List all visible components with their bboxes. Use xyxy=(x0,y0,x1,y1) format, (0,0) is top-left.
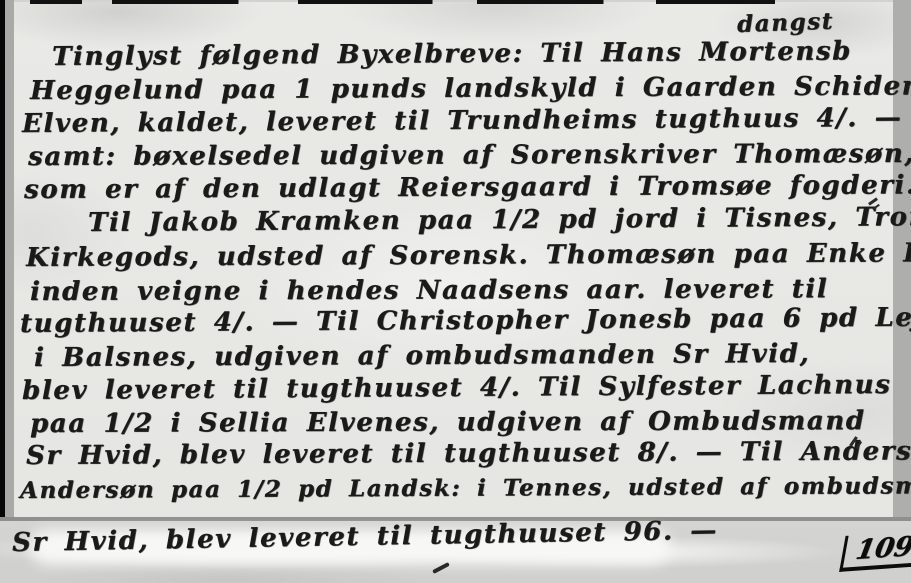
handwriting-line: Sr Hvid, blev leveret til tugthuuset 8/.… xyxy=(26,436,911,471)
handwriting-line: paa 1/2 i Sellia Elvenes, udgiven af Omb… xyxy=(30,406,866,439)
handwriting-line: inden veigne i hendes Naadsens aar. leve… xyxy=(30,274,828,307)
page-number: 109. xyxy=(839,530,911,572)
handwriting-line: Tinglyst følgend Byxelbreve: Til Hans Mo… xyxy=(52,36,852,72)
handwriting-line: blev leveret til tugthuuset 4/. Til Sylf… xyxy=(22,370,892,406)
handwriting-line: Kirkegods, udsted af Sorensk. Thomæsøn p… xyxy=(26,238,911,273)
handwriting-line: Andersøn paa 1/2 pd Landsk: i Tennes, ud… xyxy=(20,471,911,506)
cropped-line-fragments-top xyxy=(30,0,775,4)
handwriting-line: som er af den udlagt Reiersgaard i Troms… xyxy=(24,170,911,205)
handwriting-line: Elven, kaldet, leveret til Trundheims tu… xyxy=(22,103,902,139)
scan-edge-gray-left xyxy=(5,0,14,519)
handwriting-line: tugthuuset 4/. — Til Christopher Jonesb … xyxy=(20,303,911,339)
handwriting-line: Til Jakob Kramken paa 1/2 pd jord i Tisn… xyxy=(88,202,911,238)
handwriting-line: Heggelund paa 1 punds landskyld i Gaarde… xyxy=(30,71,911,106)
handwriting-header-fragment: dangst xyxy=(736,7,834,40)
scanned-manuscript-page: dangst Tinglyst følgend Byxelbreve: Til … xyxy=(0,0,911,583)
handwriting-line: samt: bøxelsedel udgiven af Sorenskriver… xyxy=(28,139,911,172)
handwriting-line: i Balsnes, udgiven af ombudsmanden Sr Hv… xyxy=(34,339,810,373)
